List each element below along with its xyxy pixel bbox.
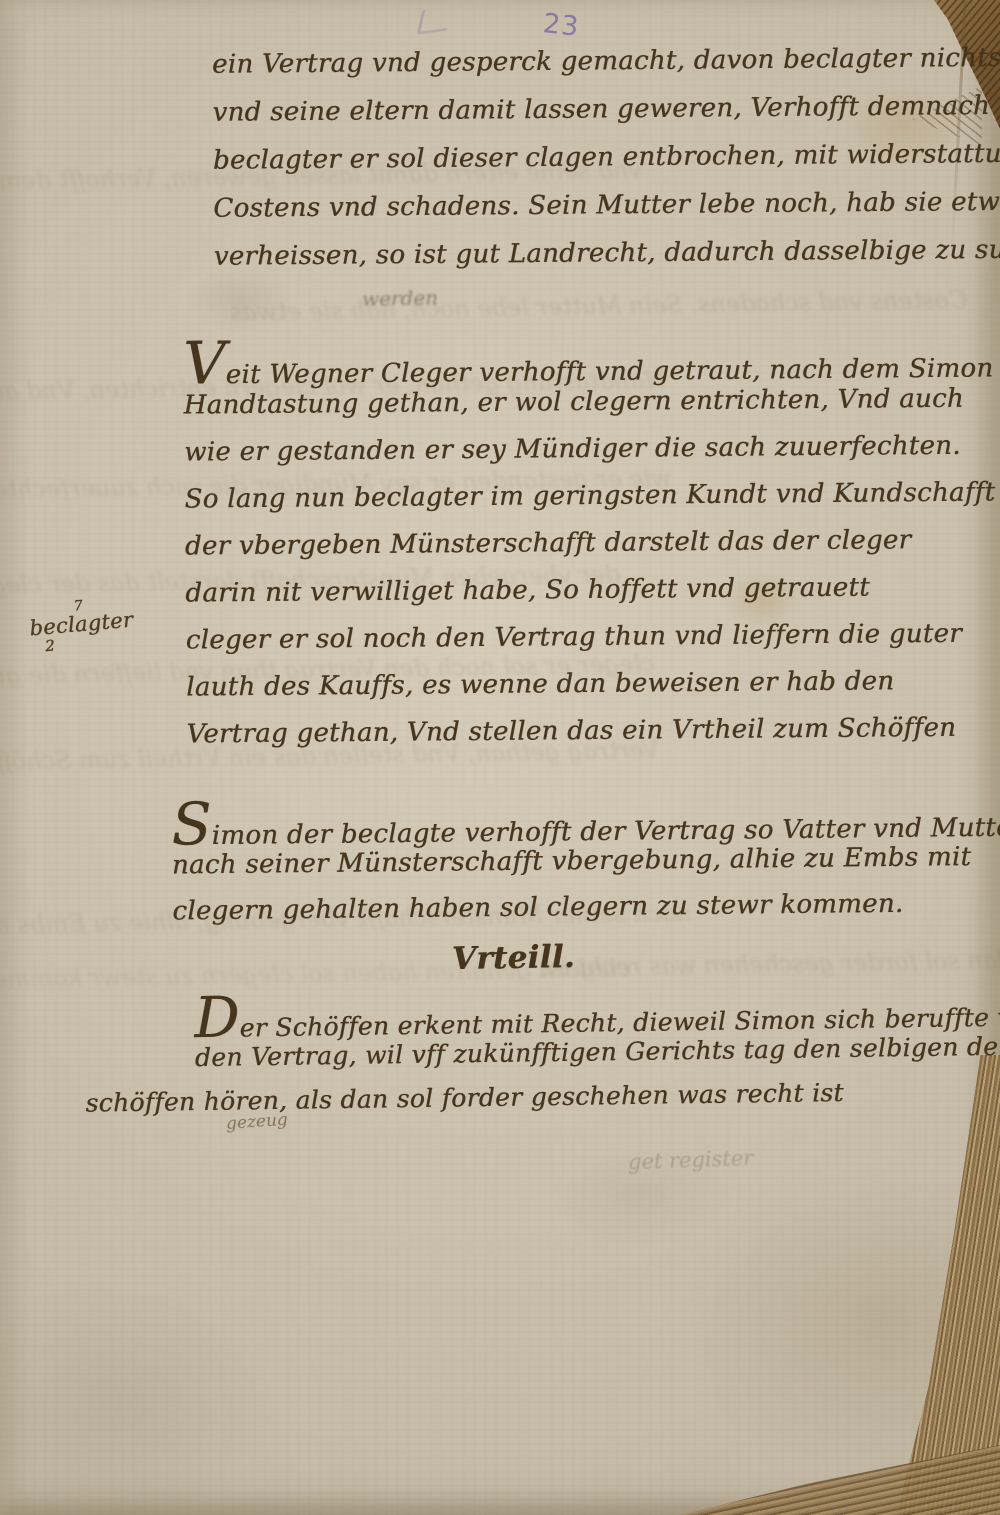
- manuscript-page: vnd seine eltern damit lassen geweren, V…: [0, 0, 1000, 1515]
- manuscript-line: vnd seine eltern damit lassen geweren, V…: [212, 90, 1000, 146]
- bleedthrough-text: schöffen hören, als dan sol forder gesch…: [540, 942, 1000, 982]
- folio-number: 23: [541, 8, 580, 43]
- manuscript-line: verheissen, so ist gut Landrecht, dadurc…: [214, 234, 1000, 290]
- manuscript-line: cleger er sol noch den Vertrag thun vnd …: [186, 618, 997, 672]
- smudged-word: werden: [362, 285, 438, 310]
- book-fore-edge: [892, 1055, 1000, 1515]
- manuscript-line: darin nit verwilliget habe, So hoffett v…: [185, 571, 996, 625]
- manuscript-line: lauth des Kauffs, es wenne dan beweisen …: [186, 665, 997, 719]
- paragraph-1: ein Vertrag vnd gesperck gemacht, davon …: [212, 42, 1000, 290]
- bleedthrough-note: get register: [628, 1146, 754, 1174]
- manuscript-line: wie er gestanden er sey Mündiger die sac…: [184, 430, 995, 484]
- manuscript-line: So lang nun beclagter im geringsten Kund…: [184, 477, 995, 531]
- manuscript-line: Handtastung gethan, er wol clegern entri…: [184, 383, 995, 437]
- paragraph-3: Simon der beclagte verhofft der Vertrag …: [171, 796, 1000, 943]
- manuscript-line: Veit Wegner Cleger verhofft vnd getraut,…: [183, 336, 994, 390]
- book-fore-edge-bottom: [680, 1445, 1000, 1515]
- witness-scribble: gezeug: [225, 1110, 288, 1134]
- margin-note-tick: 7: [73, 598, 84, 615]
- paragraph-2: Veit Wegner Cleger verhofft vnd getraut,…: [183, 336, 998, 766]
- pencil-mark: [417, 6, 453, 35]
- manuscript-line: beclagter er sol dieser clagen entbroche…: [213, 138, 1000, 194]
- verdict-heading: Vrteill.: [452, 939, 576, 977]
- manuscript-line: der vbergeben Münsterschafft darstelt da…: [185, 524, 996, 578]
- manuscript-line: ein Vertrag vnd gesperck gemacht, davon …: [212, 42, 1000, 98]
- manuscript-line: clegern gehalten haben sol clegern zu st…: [172, 888, 1000, 943]
- manuscript-line: Vertrag gethan, Vnd stellen das ein Vrth…: [186, 712, 997, 766]
- paragraph-4: Der Schöffen erkent mit Recht, dieweil S…: [84, 987, 1000, 1132]
- bleedthrough-text: Costens vnd schadens. Sein Mutter lebe n…: [230, 286, 968, 327]
- manuscript-line: Costens vnd schadens. Sein Mutter lebe n…: [213, 186, 1000, 242]
- margin-note: 7 beclagter 2: [28, 608, 135, 657]
